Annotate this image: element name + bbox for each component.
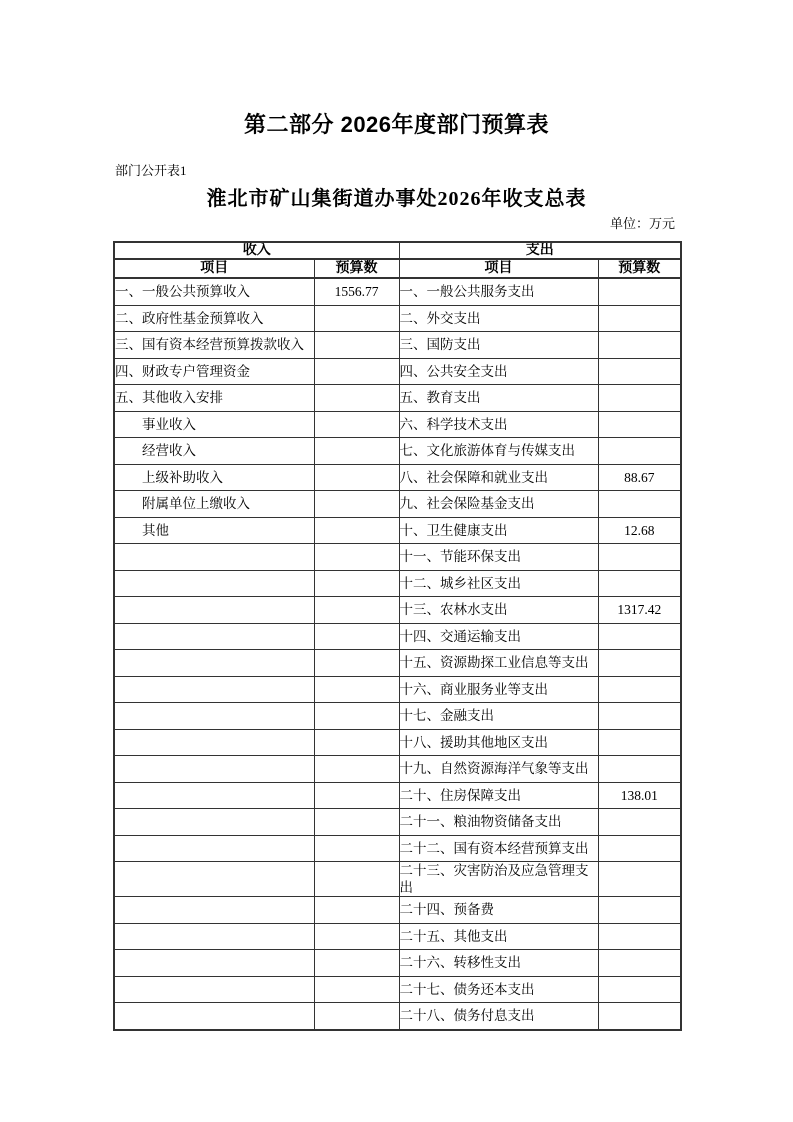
expense-item-cell: 一、一般公共服务支出 [399, 278, 598, 305]
income-section-header: 收入 [114, 242, 399, 259]
expense-item-cell: 十、卫生健康支出 [399, 517, 598, 544]
income-value-cell [314, 305, 399, 332]
income-item-header: 项目 [114, 259, 314, 278]
income-item-cell [114, 976, 314, 1003]
income-item-cell [114, 835, 314, 862]
expense-value-cell: 1317.42 [598, 597, 681, 624]
income-value-cell [314, 332, 399, 359]
expense-value-cell [598, 544, 681, 571]
expense-value-cell [598, 411, 681, 438]
income-item-cell [114, 676, 314, 703]
table-row: 经营收入 七、文化旅游体育与传媒支出 [114, 438, 681, 465]
income-value-cell [314, 385, 399, 412]
income-budget-header: 预算数 [314, 259, 399, 278]
expense-item-cell: 四、公共安全支出 [399, 358, 598, 385]
income-value-cell [314, 517, 399, 544]
income-value-cell [314, 862, 399, 897]
table-row: 十五、资源勘探工业信息等支出 [114, 650, 681, 677]
expense-item-cell: 二十二、国有资本经营预算支出 [399, 835, 598, 862]
table-row: 上级补助收入 八、社会保障和就业支出 88.67 [114, 464, 681, 491]
expense-item-cell: 十五、资源勘探工业信息等支出 [399, 650, 598, 677]
income-value-cell [314, 703, 399, 730]
expense-item-cell: 十二、城乡社区支出 [399, 570, 598, 597]
expense-item-cell: 十四、交通运输支出 [399, 623, 598, 650]
section-header-row: 收入 支出 [114, 242, 681, 259]
income-value-cell [314, 623, 399, 650]
expense-value-cell [598, 756, 681, 783]
income-value-cell [314, 676, 399, 703]
income-item-cell [114, 703, 314, 730]
expense-value-cell: 88.67 [598, 464, 681, 491]
income-item-cell [114, 650, 314, 677]
expense-value-cell [598, 923, 681, 950]
table-row: 二十二、国有资本经营预算支出 [114, 835, 681, 862]
expense-value-cell [598, 703, 681, 730]
income-value-cell [314, 411, 399, 438]
income-item-cell [114, 923, 314, 950]
income-item-cell: 其他 [114, 517, 314, 544]
income-item-cell [114, 623, 314, 650]
income-value-cell [314, 835, 399, 862]
expense-section-header: 支出 [399, 242, 681, 259]
expense-value-cell [598, 950, 681, 977]
expense-value-cell: 138.01 [598, 782, 681, 809]
table-title: 淮北市矿山集街道办事处2026年收支总表 [0, 182, 793, 211]
expense-value-cell [598, 976, 681, 1003]
income-value-cell [314, 729, 399, 756]
income-item-cell [114, 782, 314, 809]
expense-value-cell [598, 862, 681, 897]
table-row: 二十五、其他支出 [114, 923, 681, 950]
expense-item-cell: 二十五、其他支出 [399, 923, 598, 950]
table-row: 十三、农林水支出 1317.42 [114, 597, 681, 624]
income-item-cell: 四、财政专户管理资金 [114, 358, 314, 385]
income-item-cell: 上级补助收入 [114, 464, 314, 491]
table-row: 二十六、转移性支出 [114, 950, 681, 977]
income-item-cell [114, 862, 314, 897]
expense-budget-header: 预算数 [598, 259, 681, 278]
income-value-cell [314, 650, 399, 677]
income-value-cell [314, 923, 399, 950]
income-item-cell: 附属单位上缴收入 [114, 491, 314, 518]
table-row: 三、国有资本经营预算拨款收入 三、国防支出 [114, 332, 681, 359]
table-row: 二十、住房保障支出 138.01 [114, 782, 681, 809]
income-item-cell: 三、国有资本经营预算拨款收入 [114, 332, 314, 359]
table-row: 四、财政专户管理资金 四、公共安全支出 [114, 358, 681, 385]
budget-table: 收入 支出 项目 预算数 项目 预算数 一、一般公共预算收入 1556.77 一… [113, 241, 682, 1031]
expense-value-cell [598, 729, 681, 756]
table-row: 二十七、债务还本支出 [114, 976, 681, 1003]
expense-value-cell [598, 491, 681, 518]
expense-item-cell: 二十七、债务还本支出 [399, 976, 598, 1003]
expense-item-cell: 七、文化旅游体育与传媒支出 [399, 438, 598, 465]
expense-value-cell [598, 385, 681, 412]
expense-value-cell: 12.68 [598, 517, 681, 544]
expense-item-cell: 二、外交支出 [399, 305, 598, 332]
income-item-cell [114, 809, 314, 836]
table-row: 一、一般公共预算收入 1556.77 一、一般公共服务支出 [114, 278, 681, 305]
expense-value-cell [598, 358, 681, 385]
income-value-cell [314, 438, 399, 465]
expense-item-cell: 五、教育支出 [399, 385, 598, 412]
table-row: 十八、援助其他地区支出 [114, 729, 681, 756]
income-item-cell: 二、政府性基金预算收入 [114, 305, 314, 332]
income-item-cell [114, 950, 314, 977]
income-value-cell [314, 1003, 399, 1030]
table-row: 十六、商业服务业等支出 [114, 676, 681, 703]
income-item-cell [114, 729, 314, 756]
income-item-cell: 五、其他收入安排 [114, 385, 314, 412]
table-label: 部门公开表1 [115, 160, 187, 179]
unit-note: 单位：万元 [113, 213, 675, 232]
expense-item-cell: 二十三、灾害防治及应急管理支出 [399, 862, 598, 897]
income-value-cell [314, 570, 399, 597]
income-value-cell: 1556.77 [314, 278, 399, 305]
income-value-cell [314, 756, 399, 783]
expense-value-cell [598, 1003, 681, 1030]
expense-item-cell: 二十四、预备费 [399, 897, 598, 924]
table-row: 二十四、预备费 [114, 897, 681, 924]
expense-value-cell [598, 332, 681, 359]
expense-item-cell: 十六、商业服务业等支出 [399, 676, 598, 703]
budget-table-head: 收入 支出 项目 预算数 项目 预算数 [114, 242, 681, 278]
table-row: 其他 十、卫生健康支出 12.68 [114, 517, 681, 544]
income-value-cell [314, 597, 399, 624]
expense-item-cell: 六、科学技术支出 [399, 411, 598, 438]
table-row: 五、其他收入安排 五、教育支出 [114, 385, 681, 412]
income-value-cell [314, 809, 399, 836]
expense-value-cell [598, 809, 681, 836]
expense-item-cell: 八、社会保障和就业支出 [399, 464, 598, 491]
income-item-cell [114, 544, 314, 571]
expense-item-cell: 十八、援助其他地区支出 [399, 729, 598, 756]
income-value-cell [314, 464, 399, 491]
table-row: 二十八、债务付息支出 [114, 1003, 681, 1030]
expense-item-cell: 九、社会保险基金支出 [399, 491, 598, 518]
income-item-cell: 经营收入 [114, 438, 314, 465]
table-row: 十二、城乡社区支出 [114, 570, 681, 597]
expense-value-cell [598, 650, 681, 677]
income-item-cell [114, 597, 314, 624]
income-value-cell [314, 950, 399, 977]
expense-item-cell: 二十六、转移性支出 [399, 950, 598, 977]
document-title: 第二部分 2026年度部门预算表 [0, 108, 793, 139]
expense-item-cell: 二十八、债务付息支出 [399, 1003, 598, 1030]
income-value-cell [314, 782, 399, 809]
income-value-cell [314, 358, 399, 385]
expense-value-cell [598, 305, 681, 332]
table-row: 附属单位上缴收入 九、社会保险基金支出 [114, 491, 681, 518]
income-value-cell [314, 544, 399, 571]
expense-value-cell [598, 623, 681, 650]
expense-item-cell: 十三、农林水支出 [399, 597, 598, 624]
expense-item-cell: 十七、金融支出 [399, 703, 598, 730]
income-item-cell [114, 897, 314, 924]
expense-item-cell: 二十、住房保障支出 [399, 782, 598, 809]
income-item-cell [114, 570, 314, 597]
table-row: 十四、交通运输支出 [114, 623, 681, 650]
budget-table-body: 一、一般公共预算收入 1556.77 一、一般公共服务支出 二、政府性基金预算收… [114, 278, 681, 1030]
income-item-cell: 一、一般公共预算收入 [114, 278, 314, 305]
income-item-cell [114, 756, 314, 783]
table-row: 二、政府性基金预算收入 二、外交支出 [114, 305, 681, 332]
expense-value-cell [598, 278, 681, 305]
expense-item-cell: 十一、节能环保支出 [399, 544, 598, 571]
document-page: 第二部分 2026年度部门预算表 部门公开表1 淮北市矿山集街道办事处2026年… [0, 0, 793, 1122]
income-item-cell [114, 1003, 314, 1030]
table-row: 十七、金融支出 [114, 703, 681, 730]
expense-value-cell [598, 570, 681, 597]
expense-value-cell [598, 835, 681, 862]
table-row: 事业收入 六、科学技术支出 [114, 411, 681, 438]
expense-item-cell: 十九、自然资源海洋气象等支出 [399, 756, 598, 783]
expense-value-cell [598, 897, 681, 924]
expense-item-cell: 二十一、粮油物资储备支出 [399, 809, 598, 836]
expense-value-cell [598, 676, 681, 703]
income-value-cell [314, 491, 399, 518]
expense-item-header: 项目 [399, 259, 598, 278]
income-item-cell: 事业收入 [114, 411, 314, 438]
expense-item-cell: 三、国防支出 [399, 332, 598, 359]
income-value-cell [314, 976, 399, 1003]
table-row: 十九、自然资源海洋气象等支出 [114, 756, 681, 783]
column-header-row: 项目 预算数 项目 预算数 [114, 259, 681, 278]
table-row: 二十三、灾害防治及应急管理支出 [114, 862, 681, 897]
expense-value-cell [598, 438, 681, 465]
table-row: 十一、节能环保支出 [114, 544, 681, 571]
table-row: 二十一、粮油物资储备支出 [114, 809, 681, 836]
income-value-cell [314, 897, 399, 924]
